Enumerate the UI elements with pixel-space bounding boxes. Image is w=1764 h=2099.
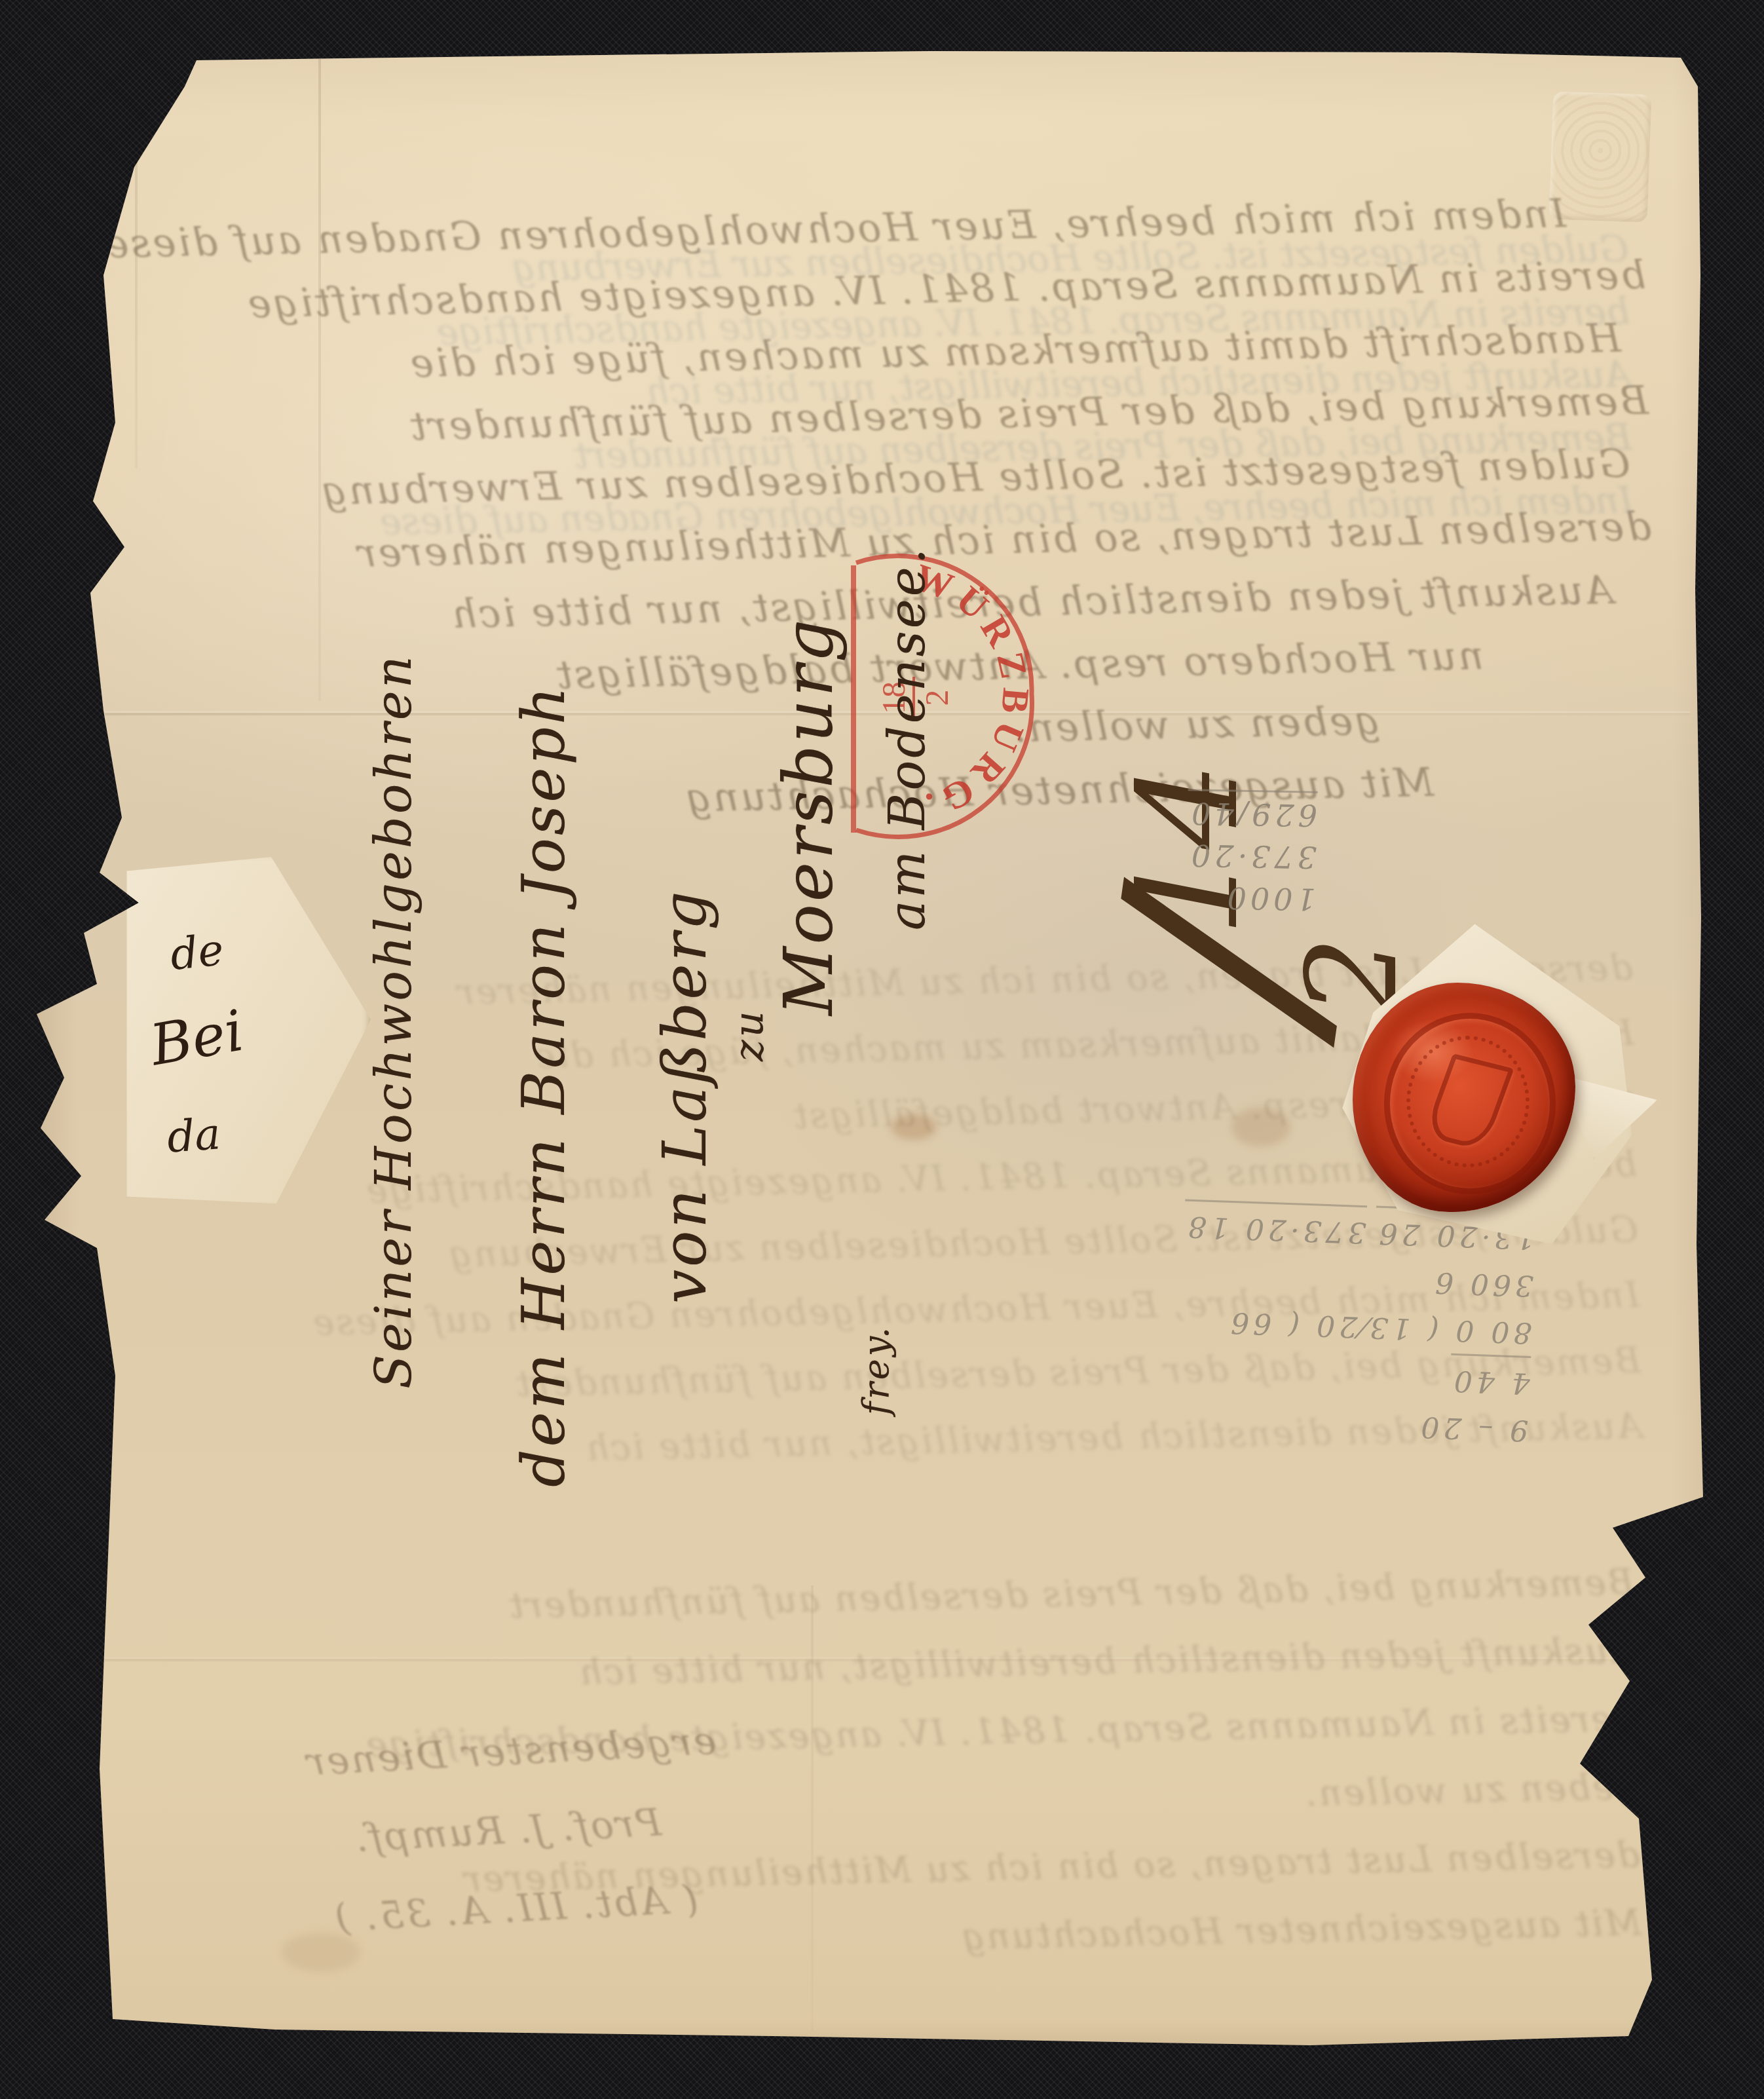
pencil-line: 629/40 bbox=[1188, 789, 1318, 836]
ink-fragment: Bei bbox=[145, 998, 248, 1078]
pencil-calc-line: 4 40 bbox=[1450, 1353, 1531, 1407]
address-line-6: am Bodensee. bbox=[878, 546, 936, 930]
pencil-notes-upper: 1000 373·20 629/40 bbox=[1106, 787, 1317, 920]
address-line-5: Moersburg bbox=[770, 617, 848, 1015]
address-line-4: zu bbox=[724, 1008, 772, 1061]
bleedthrough-bottom-band: Bemerkung bei, daß der Preis derselben a… bbox=[586, 1548, 1642, 1978]
bleedthrough-signature-block: ergebenster Diener Prof. J. Rumpf. ( Abt… bbox=[125, 1701, 726, 1968]
pencil-line: 373·20 bbox=[1106, 833, 1317, 879]
address-block: Seiner Hochwohlgebohren dem Herrn Baron … bbox=[354, 570, 950, 1507]
scan-canvas: { "document": { "kind": "Scanned 19th-ce… bbox=[0, 0, 1764, 2099]
letter-paper: Indem ich mich beehre, Euer Hochwohlgebo… bbox=[0, 0, 1764, 2099]
ink-fragment: de bbox=[168, 924, 226, 980]
bleedthrough-ghost-layer: Gulden festgesetzt ist. Sollte Hochdiese… bbox=[155, 217, 1634, 558]
address-line-3: von Laßberg bbox=[650, 889, 720, 1304]
postage-note-frey: frey. bbox=[855, 1325, 897, 1415]
address-line-1: Seiner Hochwohlgebohren bbox=[364, 653, 422, 1389]
ink-fragment: da bbox=[165, 1108, 222, 1163]
pencil-calc-line: 373·20 18 bbox=[1184, 1199, 1367, 1256]
pencil-line: 1000 bbox=[1106, 875, 1316, 920]
address-line-2: dem Herrn Baron Joseph bbox=[510, 684, 578, 1487]
